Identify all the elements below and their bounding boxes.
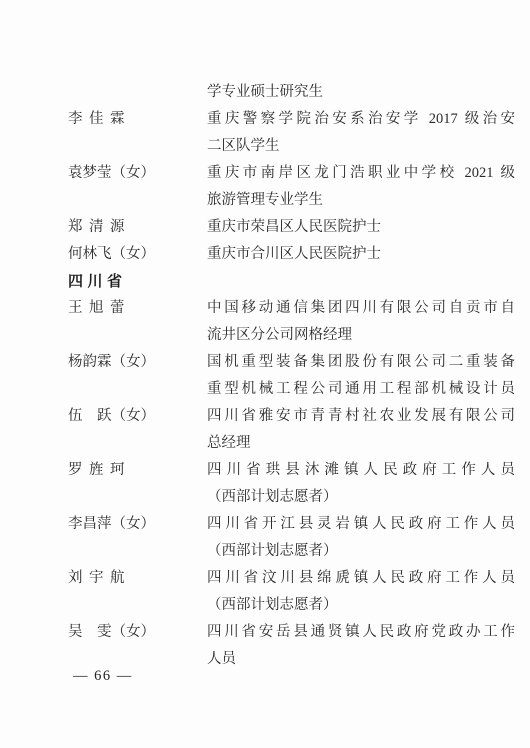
entry-description: 重庆市南岸区龙门浩职业中学校 2021 级 旅游管理专业学生 [207,160,515,214]
entry-desc-line: 总经理 [207,430,515,457]
entry-desc-line: 重庆警察学院治安系治安学 2017 级治安 [207,106,515,133]
entry-desc-line: 四川省开江县灵岩镇人民政府工作人员 [207,511,515,538]
entry-row: 袁梦莹（女） 重庆市南岸区龙门浩职业中学校 2021 级 旅游管理专业学生 [68,160,515,214]
entry-row: 何林飞（女） 重庆市合川区人民医院护士 [68,241,515,268]
entry-desc-line: 四川省汶川县绵虒镇人民政府工作人员 [207,565,515,592]
entry-description: 四川省珙县沐滩镇人民政府工作人员 （西部计划志愿者） [207,457,515,511]
entry-name: 袁梦莹（女） [68,160,207,187]
entry-row: 李佳霖 重庆警察学院治安系治安学 2017 级治安 二区队学生 [68,106,515,160]
entry-desc-line: 重型机械工程公司通用工程部机械设计员 [207,376,515,403]
entry-name: 刘宇航 [68,565,207,592]
entry-desc-line: 国机重型装备集团股份有限公司二重装备 [207,349,515,376]
entry-row: 刘宇航 四川省汶川县绵虒镇人民政府工作人员 （西部计划志愿者） [68,565,515,619]
page-number: — 66 — [73,665,133,687]
entry-desc-line: 流井区分公司网格经理 [207,322,515,349]
entry-row: 郑清源 重庆市荣昌区人民医院护士 [68,214,515,241]
entry-row: 杨韵霖（女） 国机重型装备集团股份有限公司二重装备 重型机械工程公司通用工程部机… [68,349,515,403]
carryover-desc-line: 学专业硕士研究生 [207,79,515,106]
entry-name: 李昌萍（女） [68,511,207,538]
entry-name: 何林飞（女） [68,241,207,268]
entry-description: 国机重型装备集团股份有限公司二重装备 重型机械工程公司通用工程部机械设计员 [207,349,515,403]
entry-desc-line: 四川省雅安市青青村社农业发展有限公司 [207,403,515,430]
entry-name: 杨韵霖（女） [68,349,207,376]
section-header-sichuan: 四川省 [68,268,515,295]
entry-desc-line: 重庆市南岸区龙门浩职业中学校 2021 级 [207,160,515,187]
entry-desc-line: 重庆市荣昌区人民医院护士 [207,214,515,241]
entry-row: 吴 雯（女） 四川省安岳县通贤镇人民政府党政办工作 人员 [68,619,515,673]
page-content: 学专业硕士研究生 李佳霖 重庆警察学院治安系治安学 2017 级治安 二区队学生… [68,79,515,673]
entry-description: 重庆市荣昌区人民医院护士 [207,214,515,241]
entry-desc-line: 中国移动通信集团四川有限公司自贡市自 [207,295,515,322]
entry-description: 重庆警察学院治安系治安学 2017 级治安 二区队学生 [207,106,515,160]
entry-description: 四川省汶川县绵虒镇人民政府工作人员 （西部计划志愿者） [207,565,515,619]
carryover-row: 学专业硕士研究生 [68,79,515,106]
entry-row: 李昌萍（女） 四川省开江县灵岩镇人民政府工作人员 （西部计划志愿者） [68,511,515,565]
entry-desc-line: （西部计划志愿者） [207,538,515,565]
entry-name: 罗旌珂 [68,457,207,484]
entry-desc-line: 四川省安岳县通贤镇人民政府党政办工作 [207,619,515,646]
entry-desc-line: 二区队学生 [207,133,515,160]
entry-description: 重庆市合川区人民医院护士 [207,241,515,268]
entry-name: 李佳霖 [68,106,207,133]
entry-name: 吴 雯（女） [68,619,207,646]
entry-desc-line: 四川省珙县沐滩镇人民政府工作人员 [207,457,515,484]
entry-desc-line: 旅游管理专业学生 [207,187,515,214]
entry-description: 四川省雅安市青青村社农业发展有限公司 总经理 [207,403,515,457]
entry-name: 郑清源 [68,214,207,241]
entry-row: 伍 跃（女） 四川省雅安市青青村社农业发展有限公司 总经理 [68,403,515,457]
entry-row: 王旭蕾 中国移动通信集团四川有限公司自贡市自 流井区分公司网格经理 [68,295,515,349]
entry-desc-line: （西部计划志愿者） [207,484,515,511]
entry-name: 王旭蕾 [68,295,207,322]
entry-description: 四川省安岳县通贤镇人民政府党政办工作 人员 [207,619,515,673]
document-page: 学专业硕士研究生 李佳霖 重庆警察学院治安系治安学 2017 级治安 二区队学生… [0,0,530,748]
entry-desc-line: 重庆市合川区人民医院护士 [207,241,515,268]
entry-description: 中国移动通信集团四川有限公司自贡市自 流井区分公司网格经理 [207,295,515,349]
entry-desc-line: （西部计划志愿者） [207,592,515,619]
entry-desc-line: 人员 [207,646,515,673]
entry-description: 四川省开江县灵岩镇人民政府工作人员 （西部计划志愿者） [207,511,515,565]
entry-name: 伍 跃（女） [68,403,207,430]
entry-row: 罗旌珂 四川省珙县沐滩镇人民政府工作人员 （西部计划志愿者） [68,457,515,511]
entry-description: 学专业硕士研究生 [207,79,515,106]
